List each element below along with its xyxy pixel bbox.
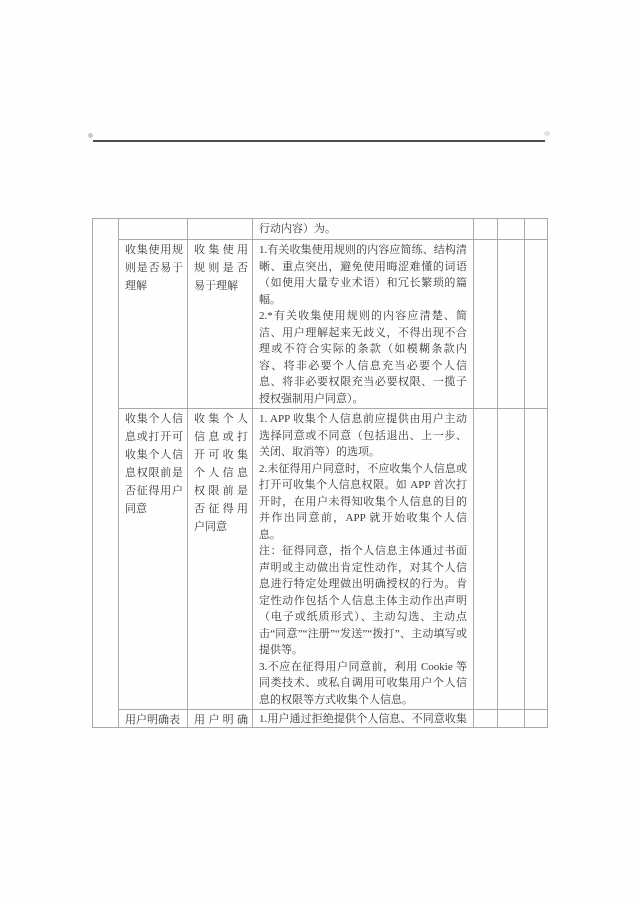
criterion-label-repeat-cell: [188, 219, 253, 240]
criterion-label-cell: 收集个人信息或打开可收集个人信息权限前是否征得用户同意: [119, 409, 188, 710]
requirement-text: 1. APP 收集个人信息前应提供由用户主动选择同意或不同意（包括退出、上一步、…: [253, 409, 473, 709]
requirement-content-cell: 1.用户通过拒绝提供个人信息、不同意收集使: [253, 710, 474, 728]
table-row-clipped: 用户明确表 用户明确表 1.用户通过拒绝提供个人信息、不同意收集使: [93, 710, 548, 728]
section-divider-rule: [93, 140, 545, 142]
criterion-text: 收集使用规则是否易于理解: [119, 240, 187, 296]
criterion-text: 收集个人信息或打开可收集个人信息权限前是否征得用户同意: [119, 409, 187, 519]
requirement-content-cell: 行动内容）为。: [253, 219, 474, 240]
table-row: 收集使用规则是否易于理解 收集使用规则是否易于理解 1.有关收集使用规则的内容应…: [93, 240, 548, 409]
table-row: 收集个人信息或打开可收集个人信息权限前是否征得用户同意 收集个人信息或打开可收集…: [93, 409, 548, 710]
document-page: 行动内容）为。 收集使用规则是否易于理解 收集使用规则是否易于理解 1.有关收集…: [0, 0, 640, 906]
criterion-label-repeat-cell: 用户明确表: [188, 710, 253, 728]
compliance-checklist-table: 行动内容）为。 收集使用规则是否易于理解 收集使用规则是否易于理解 1.有关收集…: [92, 218, 548, 728]
criterion-label-cell: 用户明确表: [119, 710, 188, 728]
check-column-2-cell: [498, 710, 525, 728]
check-column-3-cell: [525, 710, 548, 728]
scan-speck: [88, 133, 93, 138]
requirement-content-cell: 1. APP 收集个人信息前应提供由用户主动选择同意或不同意（包括退出、上一步、…: [253, 409, 474, 710]
criterion-label-cell: 收集使用规则是否易于理解: [119, 240, 188, 409]
criterion-text: 收集个人信息或打开可收集个人信息权限前是否征得用户同意: [188, 409, 252, 537]
criterion-label-repeat-cell: 收集个人信息或打开可收集个人信息权限前是否征得用户同意: [188, 409, 253, 710]
criterion-text: 收集使用规则是否易于理解: [188, 240, 252, 296]
check-column-3-cell: [525, 409, 548, 710]
check-column-2-cell: [498, 219, 525, 240]
criterion-text: 用户明确表: [188, 710, 252, 727]
requirement-text: 1.有关收集使用规则的内容应简练、结构清晰、重点突出，避免使用晦涩难懂的词语（如…: [253, 240, 473, 408]
criterion-label-repeat-cell: 收集使用规则是否易于理解: [188, 240, 253, 409]
criterion-label-cell: [119, 219, 188, 240]
requirement-content-cell: 1.有关收集使用规则的内容应简练、结构清晰、重点突出，避免使用晦涩难懂的词语（如…: [253, 240, 474, 409]
requirement-text: 行动内容）为。: [253, 219, 473, 239]
check-column-1-cell: [474, 710, 498, 728]
check-column-3-cell: [525, 240, 548, 409]
check-column-3-cell: [525, 219, 548, 240]
check-column-2-cell: [498, 409, 525, 710]
check-column-1-cell: [474, 240, 498, 409]
index-column-cell: [93, 219, 119, 728]
check-column-1-cell: [474, 219, 498, 240]
check-column-2-cell: [498, 240, 525, 409]
table-row: 行动内容）为。: [93, 219, 548, 240]
criterion-text: 用户明确表: [119, 710, 187, 727]
requirement-text: 1.用户通过拒绝提供个人信息、不同意收集使: [253, 710, 473, 727]
check-column-1-cell: [474, 409, 498, 710]
scan-speck: [544, 131, 550, 136]
